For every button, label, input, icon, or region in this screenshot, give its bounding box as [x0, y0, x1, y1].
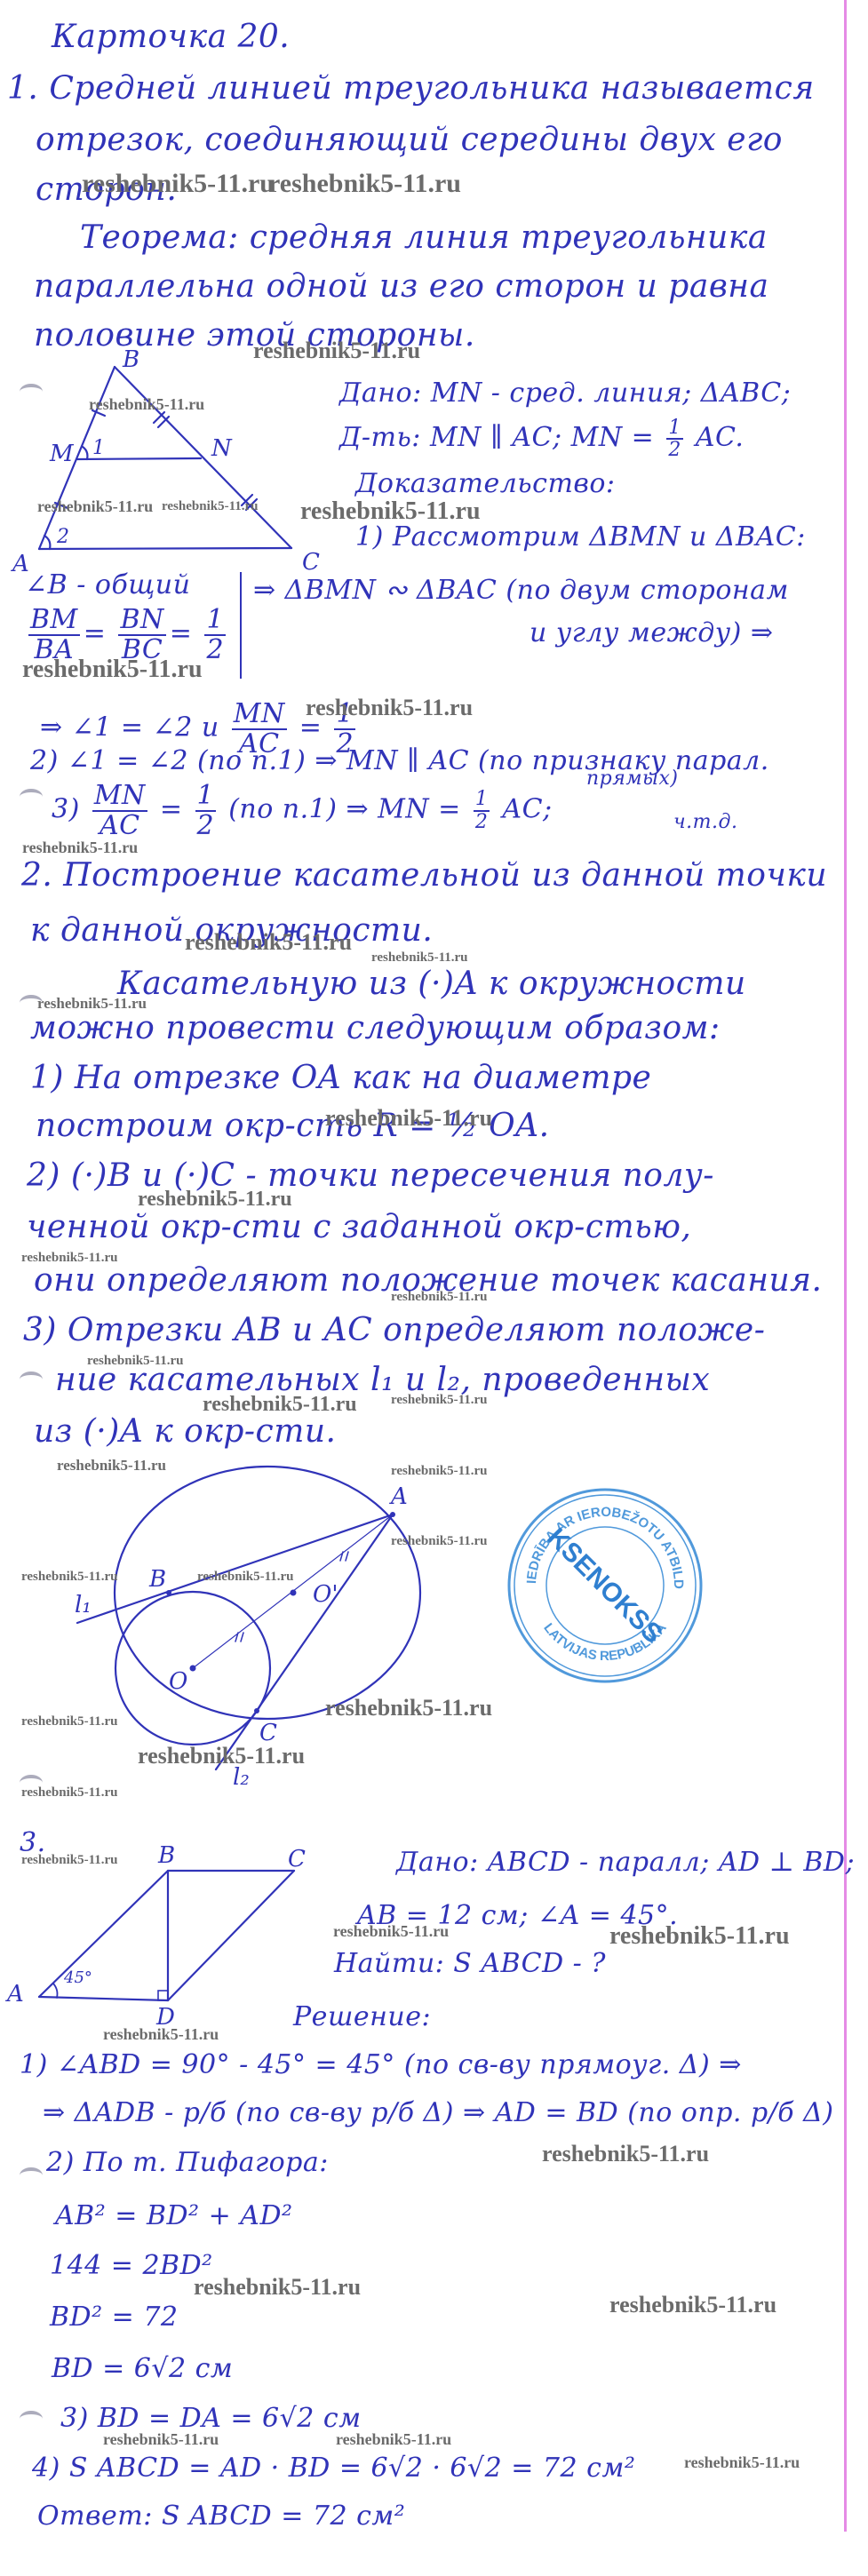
task3-line-5: 144 = 2BD² — [50, 2253, 213, 2279]
watermark: reshebnik5-11.ru — [391, 1534, 488, 1549]
task3-line-4: AB² = BD² + AD² — [55, 2203, 293, 2230]
watermark: reshebnik5-11.ru — [21, 1785, 118, 1801]
task3-line-1: 1) ∠ABD = 90° - 45° = 45° (по св-ву прям… — [20, 2052, 742, 2079]
watermark: reshebnik5-11.ru — [185, 929, 352, 956]
task3-line-8: 3) BD = DA = 6√2 см — [60, 2405, 362, 2432]
watermark: reshebnik5-11.ru — [89, 395, 204, 414]
watermark: reshebnik5-11.ru — [333, 1922, 449, 1941]
parallelogram-label-b: B — [158, 1844, 175, 1867]
watermark: reshebnik5-11.ru — [22, 656, 203, 684]
watermark: reshebnik5-11.ru — [87, 1354, 184, 1369]
watermark: reshebnik5-11.ru — [684, 2453, 800, 2472]
task3-line-2: ⇒ ΔADB - р/б (по св-ву р/б Δ) ⇒ AD = BD … — [43, 2100, 834, 2127]
watermark: reshebnik5-11.ru — [22, 839, 138, 857]
notebook-page: Карточка 20. 1. Средней линией треугольн… — [0, 0, 868, 2576]
watermark: reshebnik5-11.ru — [391, 1290, 488, 1305]
watermark: reshebnik5-11.ru — [391, 1393, 488, 1408]
watermark: reshebnik5-11.ru — [21, 1714, 118, 1729]
watermark: reshebnik5-11.ru — [21, 1251, 118, 1266]
watermark: reshebnik5-11.ru — [253, 338, 420, 364]
watermark: reshebnik5-11.ru — [268, 169, 461, 199]
watermark: reshebnik5-11.ru — [197, 1570, 294, 1585]
watermark: reshebnik5-11.ru — [336, 2430, 451, 2449]
task3-line-3: 2) По т. Пифагора: — [46, 2150, 329, 2176]
parallelogram-angle-label: 45° — [64, 1970, 92, 1986]
watermark: reshebnik5-11.ru — [300, 497, 481, 526]
task3-find: Найти: S ABCD - ? — [334, 1951, 606, 1977]
watermark: reshebnik5-11.ru — [391, 1464, 488, 1479]
task3-solution-heading: Решение: — [293, 2004, 431, 2031]
watermark: reshebnik5-11.ru — [306, 695, 473, 721]
watermark: reshebnik5-11.ru — [542, 2141, 709, 2167]
task3-line-6: BD² = 72 — [50, 2304, 179, 2331]
watermark: reshebnik5-11.ru — [57, 1457, 166, 1475]
watermark: reshebnik5-11.ru — [21, 1853, 118, 1868]
watermark: reshebnik5-11.ru — [82, 169, 275, 199]
watermark: reshebnik5-11.ru — [325, 1695, 492, 1721]
parallelogram-figure — [0, 0, 868, 2576]
watermark: reshebnik5-11.ru — [103, 2430, 219, 2449]
task3-given-1: Дано: ABCD - паралл; AD ⊥ BD; — [396, 1849, 855, 1876]
watermark: reshebnik5-11.ru — [103, 2025, 219, 2044]
watermark: reshebnik5-11.ru — [138, 1743, 305, 1769]
task3-line-7: BD = 6√2 см — [52, 2356, 233, 2382]
parallelogram-label-c: C — [288, 1848, 306, 1871]
watermark: reshebnik5-11.ru — [194, 2274, 361, 2301]
watermark: reshebnik5-11.ru — [609, 2292, 776, 2318]
watermark: reshebnik5-11.ru — [138, 1188, 292, 1212]
watermark: reshebnik5-11.ru — [371, 950, 468, 966]
watermark: reshebnik5-11.ru — [325, 1105, 492, 1132]
watermark: reshebnik5-11.ru — [21, 1570, 118, 1585]
watermark: reshebnik5-11.ru — [37, 995, 147, 1013]
task3-answer: Ответ: S ABCD = 72 см² — [37, 2503, 405, 2530]
watermark: reshebnik5-11.ru — [37, 497, 153, 516]
parallelogram-label-a: A — [7, 1983, 24, 2006]
watermark: reshebnik5-11.ru — [162, 499, 259, 514]
task3-line-9: 4) S ABCD = AD · BD = 6√2 · 6√2 = 72 см² — [32, 2455, 635, 2482]
watermark: reshebnik5-11.ru — [203, 1393, 357, 1417]
watermark: reshebnik5-11.ru — [609, 1922, 790, 1951]
